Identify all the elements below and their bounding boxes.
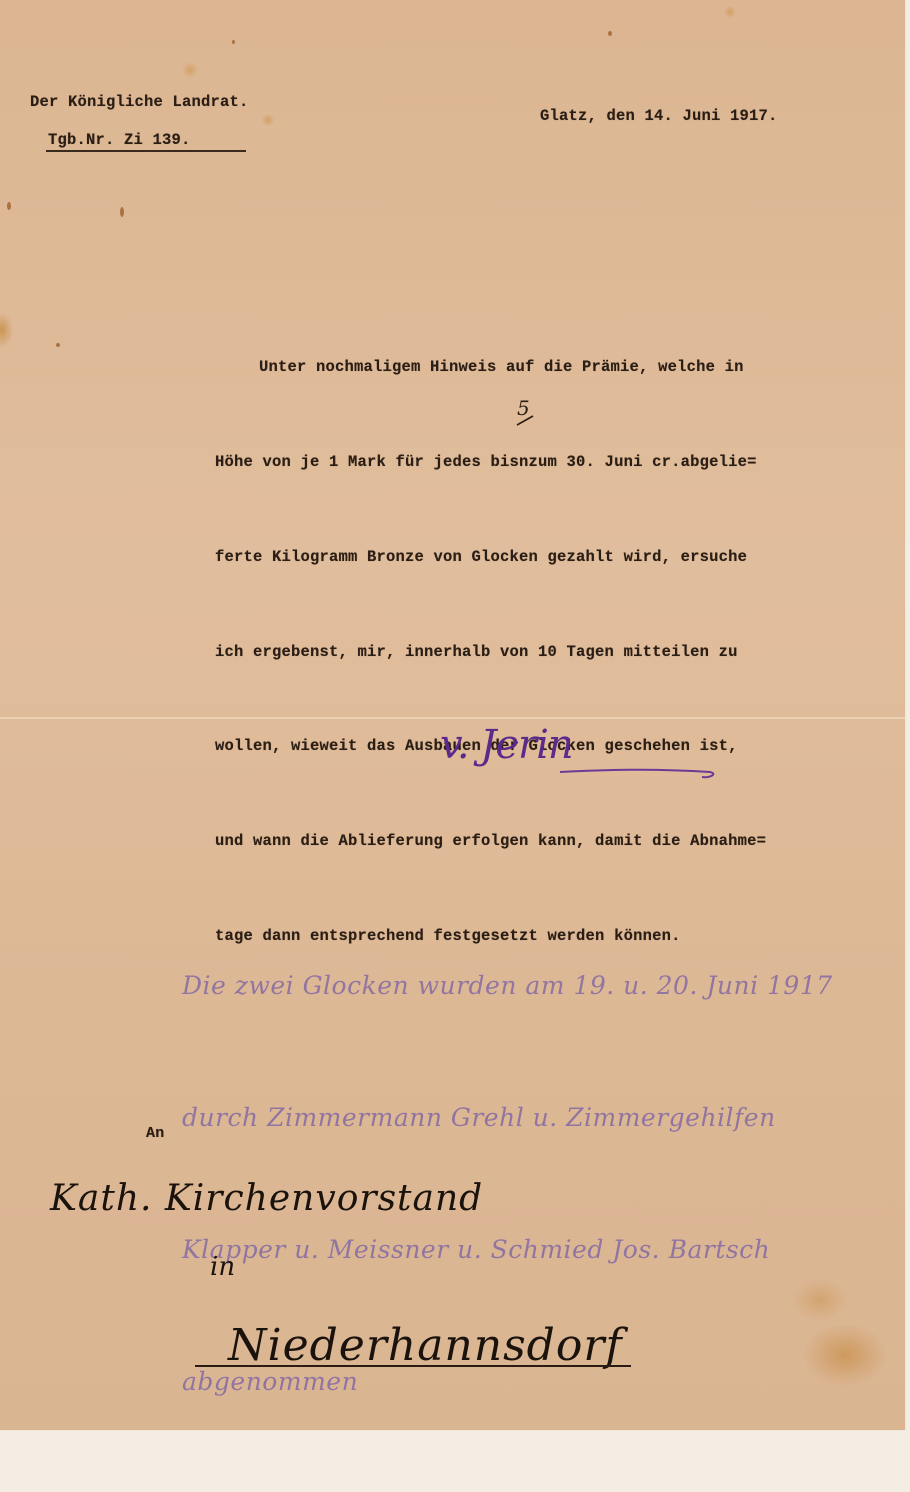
signature: v. Jerin	[440, 722, 573, 768]
reference-number: Tgb.Nr. Zi 139.	[48, 131, 191, 149]
recipient-place: Niederhannsdorf	[228, 1320, 623, 1371]
body-line: Unter nochmaligem Hinweis auf die Prämie…	[215, 352, 766, 384]
place-date: Glatz, den 14. Juni 1917.	[540, 107, 778, 125]
paper-stain	[56, 343, 60, 347]
paper-stain	[608, 31, 612, 36]
recipient-label: An	[146, 1125, 164, 1142]
paper-stain	[7, 202, 11, 210]
paper-stain	[120, 207, 124, 217]
body-line: Höhe von je 1 Mark für jedes bisnzum 30.…	[215, 447, 766, 479]
paper-stain	[232, 40, 235, 44]
signature-flourish	[560, 750, 720, 780]
body-line: ferte Kilogramm Bronze von Glocken gezah…	[215, 542, 766, 574]
letter-page: Der Königliche Landrat. Tgb.Nr. Zi 139. …	[0, 0, 906, 1431]
annotation-line: durch Zimmermann Grehl u. Zimmergehilfen	[182, 1096, 833, 1140]
strikethrough-mark	[516, 413, 534, 427]
annotation-line: Die zwei Glocken wurden am 19. u. 20. Ju…	[182, 964, 833, 1008]
recipient-preposition: in	[210, 1252, 235, 1282]
recipient-name: Kath. Kirchenvorstand	[50, 1178, 483, 1219]
body-line: ich ergebenst, mir, innerhalb von 10 Tag…	[215, 637, 766, 669]
place-underline	[195, 1365, 631, 1367]
annotation-line: Klapper u. Meissner u. Schmied Jos. Bart…	[182, 1228, 833, 1272]
sender-line: Der Königliche Landrat.	[30, 93, 249, 111]
reference-underline	[46, 150, 246, 152]
body-line: und wann die Ablieferung erfolgen kann, …	[215, 826, 766, 858]
